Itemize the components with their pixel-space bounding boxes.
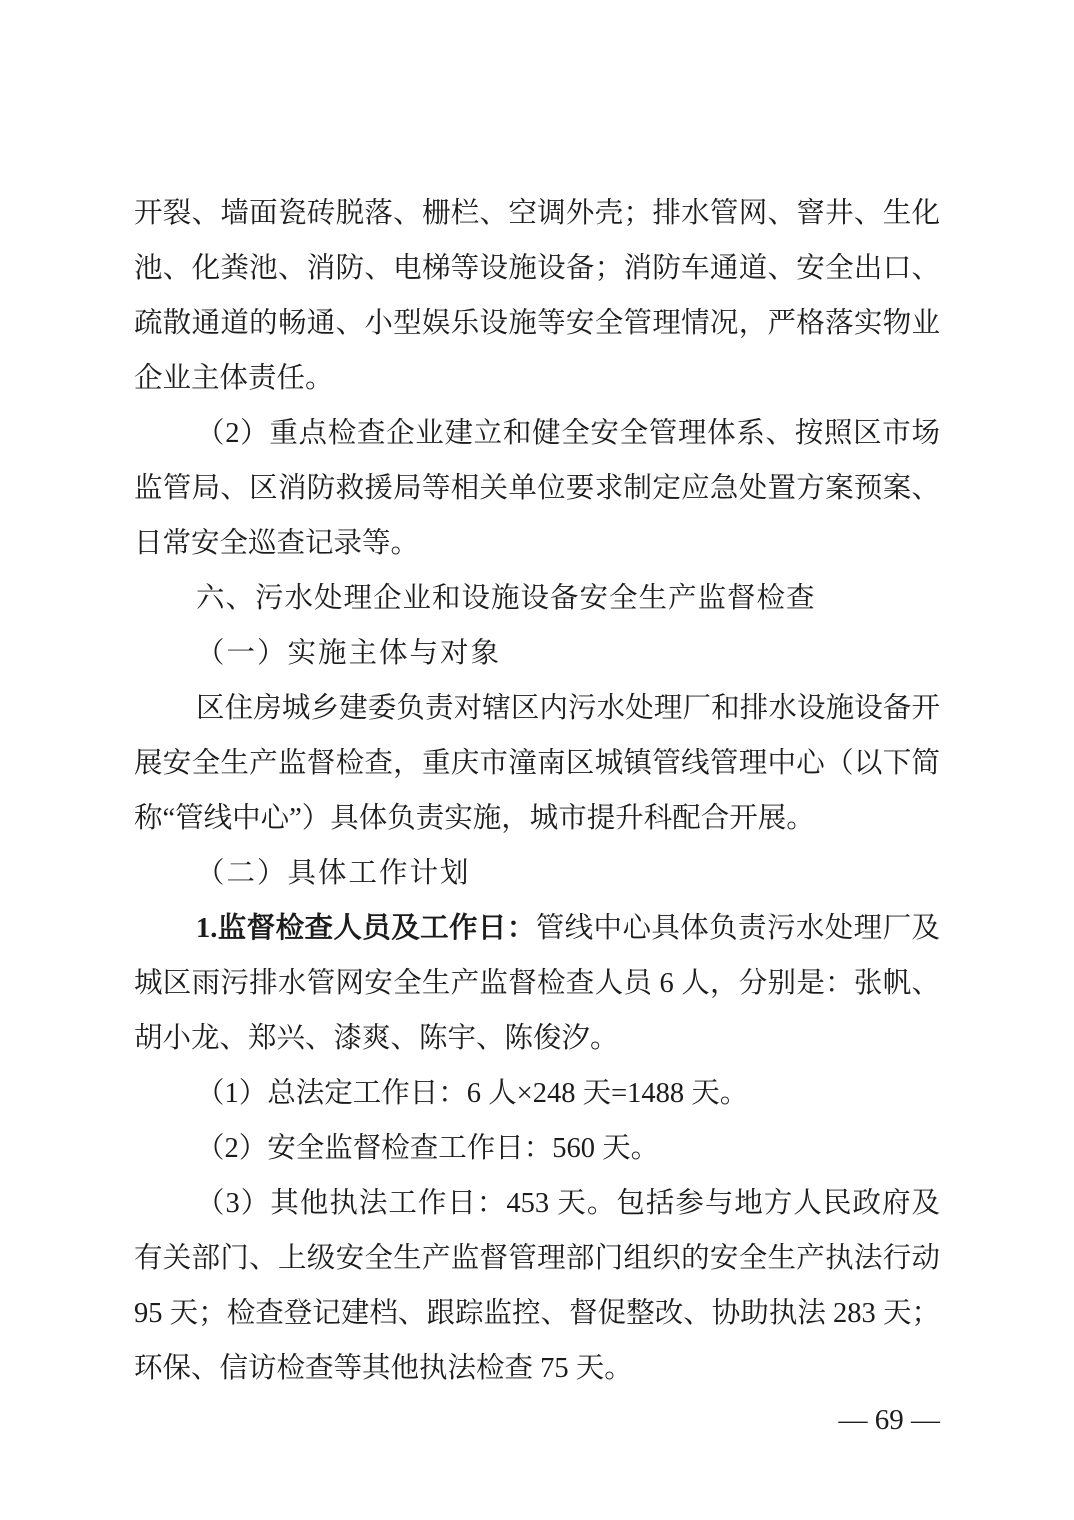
paragraph: （2）重点检查企业建立和健全安全管理体系、按照区市场监管局、区消防救援局等相关单… [134,406,940,571]
paragraph: 区住房城乡建委负责对辖区内污水处理厂和排水设施设备开展安全生产监督检查，重庆市潼… [134,681,940,846]
paragraph-continuation: 开裂、墙面瓷砖脱落、栅栏、空调外壳；排水管网、窨井、生化池、化粪池、消防、电梯等… [134,186,940,406]
paragraph: （1）总法定工作日：6 人×248 天=1488 天。 [134,1066,940,1121]
subsection-heading-2: （二）具体工作计划 [134,846,940,901]
document-body: 开裂、墙面瓷砖脱落、栅栏、空调外壳；排水管网、窨井、生化池、化粪池、消防、电梯等… [134,186,940,1396]
document-page: 开裂、墙面瓷砖脱落、栅栏、空调外壳；排水管网、窨井、生化池、化粪池、消防、电梯等… [0,0,1074,1520]
page-footer: — 69 — [839,1400,941,1440]
paragraph: 1.监督检查人员及工作日：管线中心具体负责污水处理厂及城区雨污排水管网安全生产监… [134,901,940,1066]
subsection-heading-1: （一）实施主体与对象 [134,626,940,681]
paragraph: （2）安全监督检查工作日：560 天。 [134,1121,940,1176]
section-heading: 六、污水处理企业和设施设备安全生产监督检查 [134,571,940,626]
paragraph: （3）其他执法工作日：453 天。包括参与地方人民政府及有关部门、上级安全生产监… [134,1176,940,1396]
page-number: — 69 — [839,1404,941,1436]
paragraph-lead: 1.监督检查人员及工作日： [196,913,536,944]
